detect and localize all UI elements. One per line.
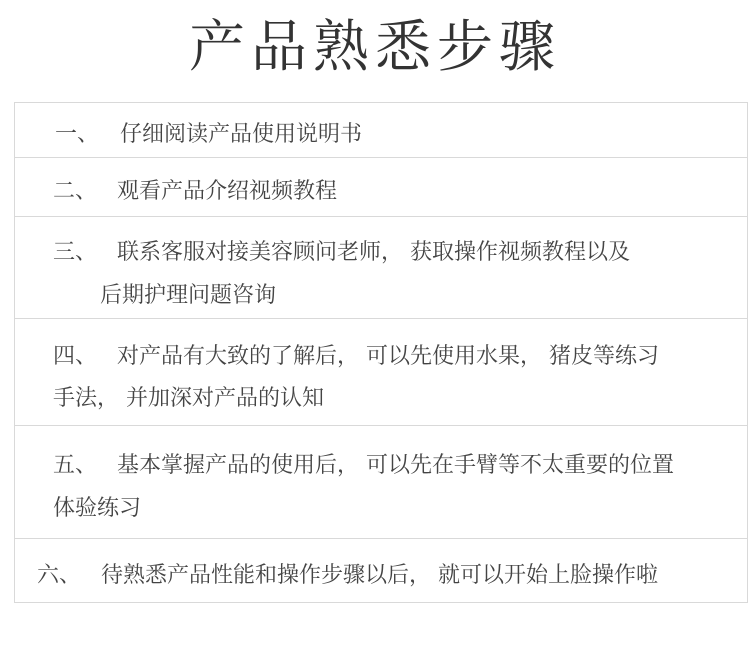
step-row-5: 五、 基本掌握产品的使用后， 可以先在手臂等不太重要的位置 体验练习 — [15, 426, 747, 539]
step-row-1: 一、 仔细阅读产品使用说明书 — [15, 103, 747, 158]
step-number: 一、 — [55, 117, 99, 148]
step-text: 基本掌握产品的使用后， 可以先在手臂等不太重要的位置 — [117, 448, 674, 479]
step-number: 三、 — [53, 235, 97, 266]
step-text: 对产品有大致的了解后， 可以先使用水果， 猪皮等练习 — [117, 339, 659, 370]
steps-table: 一、 仔细阅读产品使用说明书 二、 观看产品介绍视频教程 三、 联系客服对接美容… — [14, 102, 748, 603]
step-text: 观看产品介绍视频教程 — [117, 174, 337, 205]
step-text: 仔细阅读产品使用说明书 — [120, 117, 362, 148]
step-row-6: 六、 待熟悉产品性能和操作步骤以后， 就可以开始上脸操作啦 — [15, 539, 747, 603]
step-text-continued: 体验练习 — [53, 491, 141, 522]
step-number: 六、 — [37, 558, 81, 589]
page-title: 产品熟悉步骤 — [0, 12, 750, 84]
step-number: 五、 — [53, 448, 97, 479]
step-number: 四、 — [53, 339, 97, 370]
step-number: 二、 — [53, 174, 97, 205]
step-text: 联系客服对接美容顾问老师， 获取操作视频教程以及 — [117, 235, 630, 266]
step-row-3: 三、 联系客服对接美容顾问老师， 获取操作视频教程以及 后期护理问题咨询 — [15, 217, 747, 319]
step-row-4: 四、 对产品有大致的了解后， 可以先使用水果， 猪皮等练习 手法， 并加深对产品… — [15, 319, 747, 426]
step-text-continued: 手法， 并加深对产品的认知 — [53, 381, 324, 412]
step-row-2: 二、 观看产品介绍视频教程 — [15, 158, 747, 217]
step-text: 待熟悉产品性能和操作步骤以后， 就可以开始上脸操作啦 — [101, 558, 658, 589]
step-text-continued: 后期护理问题咨询 — [100, 278, 276, 309]
